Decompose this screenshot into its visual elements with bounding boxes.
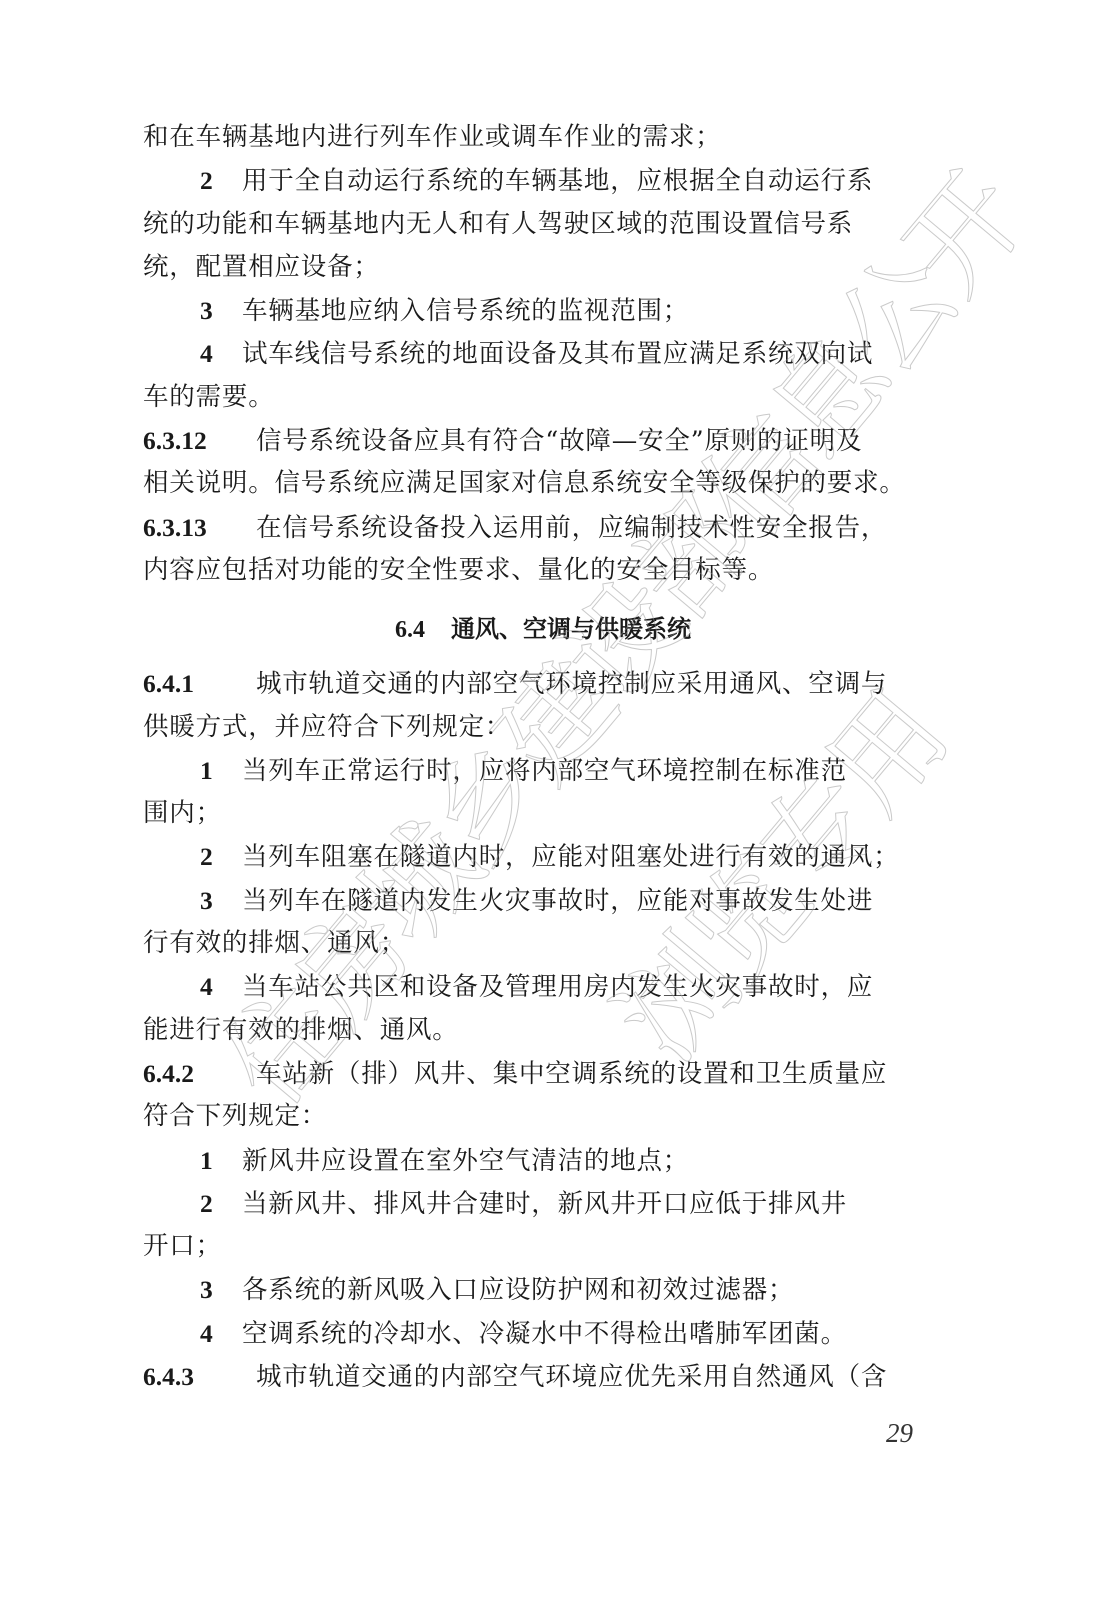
line-text: 当新风井、排风井合建时，新风井开口应低于排风井	[242, 1189, 847, 1219]
list-item: 1当列车正常运行时，应将内部空气环境控制在标准范	[143, 749, 943, 792]
list-number: 4	[200, 332, 242, 375]
page-number: 29	[886, 1418, 913, 1449]
line-text: 统，配置相应设备；	[143, 252, 380, 282]
list-item: 3各系统的新风吸入口应设防护网和初效过滤器；	[143, 1268, 943, 1311]
line-text: 当列车在隧道内发生火灾事故时，应能对事故发生处进	[242, 886, 873, 916]
clause-number: 6.4.3	[143, 1355, 256, 1398]
line-text: 在信号系统设备投入运用前，应编制技术性安全报告，	[256, 513, 887, 543]
line-text: 符合下列规定：	[143, 1101, 327, 1131]
line-text: 新风井应设置在室外空气清洁的地点；	[242, 1146, 689, 1176]
line-text: 信号系统设备应具有符合“故障—安全”原则的证明及	[256, 426, 862, 456]
section-title: 通风、空调与供暖系统	[451, 615, 691, 643]
list-number: 1	[200, 1139, 242, 1182]
list-item: 4试车线信号系统的地面设备及其布置应满足系统双向试	[143, 332, 943, 375]
list-item: 4当车站公共区和设备及管理用房内发生火灾事故时，应	[143, 965, 943, 1008]
line-text: 统的功能和车辆基地内无人和有人驾驶区域的范围设置信号系	[143, 209, 853, 239]
clause-line: 6.4.3城市轨道交通的内部空气环境应优先采用自然通风（含	[143, 1355, 943, 1398]
line-text: 和在车辆基地内进行列车作业或调车作业的需求；	[143, 122, 722, 152]
paragraph-line: 统，配置相应设备；	[143, 246, 943, 289]
clause-number: 6.3.13	[143, 506, 256, 549]
line-text: 城市轨道交通的内部空气环境控制应采用通风、空调与	[256, 669, 887, 699]
paragraph-line: 和在车辆基地内进行列车作业或调车作业的需求；	[143, 116, 943, 159]
line-text: 各系统的新风吸入口应设防护网和初效过滤器；	[242, 1275, 794, 1305]
paragraph-line: 相关说明。信号系统应满足国家对信息系统安全等级保护的要求。	[143, 462, 943, 505]
line-text: 开口；	[143, 1231, 222, 1261]
line-text: 车站新（排）风井、集中空调系统的设置和卫生质量应	[256, 1059, 887, 1089]
line-text: 试车线信号系统的地面设备及其布置应满足系统双向试	[242, 339, 873, 369]
clause-line: 6.3.13在信号系统设备投入运用前，应编制技术性安全报告，	[143, 506, 943, 549]
line-text: 城市轨道交通的内部空气环境应优先采用自然通风（含	[256, 1362, 887, 1392]
line-text: 能进行有效的排烟、通风。	[143, 1015, 459, 1045]
clause-line: 6.4.1城市轨道交通的内部空气环境控制应采用通风、空调与	[143, 662, 943, 705]
paragraph-line: 统的功能和车辆基地内无人和有人驾驶区域的范围设置信号系	[143, 203, 943, 246]
document-page: 和在车辆基地内进行列车作业或调车作业的需求； 2用于全自动运行系统的车辆基地，应…	[0, 0, 1103, 1597]
clause-number: 6.4.2	[143, 1052, 256, 1095]
line-text: 车辆基地应纳入信号系统的监视范围；	[242, 296, 689, 326]
paragraph-line: 行有效的排烟、通风；	[143, 922, 943, 965]
list-number: 2	[200, 1182, 242, 1225]
line-text: 相关说明。信号系统应满足国家对信息系统安全等级保护的要求。	[143, 468, 906, 498]
paragraph-line: 内容应包括对功能的安全性要求、量化的安全目标等。	[143, 549, 943, 592]
list-item: 4空调系统的冷却水、冷凝水中不得检出嗜肺军团菌。	[143, 1312, 943, 1355]
paragraph-line: 供暖方式，并应符合下列规定：	[143, 706, 943, 749]
list-item: 3当列车在隧道内发生火灾事故时，应能对事故发生处进	[143, 879, 943, 922]
list-item: 3车辆基地应纳入信号系统的监视范围；	[143, 289, 943, 332]
list-number: 1	[200, 749, 242, 792]
list-number: 4	[200, 1312, 242, 1355]
line-text: 空调系统的冷却水、冷凝水中不得检出嗜肺军团菌。	[242, 1319, 847, 1349]
line-text: 当车站公共区和设备及管理用房内发生火灾事故时，应	[242, 972, 873, 1002]
list-number: 2	[200, 835, 242, 878]
line-text: 当列车阻塞在隧道内时，应能对阻塞处进行有效的通风；	[242, 842, 900, 872]
clause-number: 6.3.12	[143, 419, 256, 462]
paragraph-line: 车的需要。	[143, 376, 943, 419]
paragraph-line: 开口；	[143, 1225, 943, 1268]
list-number: 2	[200, 159, 242, 202]
line-text: 行有效的排烟、通风；	[143, 928, 406, 958]
clause-line: 6.3.12信号系统设备应具有符合“故障—安全”原则的证明及	[143, 419, 943, 462]
list-item: 2当新风井、排风井合建时，新风井开口应低于排风井	[143, 1182, 943, 1225]
line-text: 围内；	[143, 798, 222, 828]
paragraph-line: 围内；	[143, 792, 943, 835]
list-number: 4	[200, 965, 242, 1008]
list-item: 2用于全自动运行系统的车辆基地，应根据全自动运行系	[143, 159, 943, 202]
paragraph-line: 能进行有效的排烟、通风。	[143, 1009, 943, 1052]
line-text: 内容应包括对功能的安全性要求、量化的安全目标等。	[143, 555, 774, 585]
line-text: 当列车正常运行时，应将内部空气环境控制在标准范	[242, 756, 847, 786]
section-number: 6.4	[395, 617, 425, 643]
body-text: 和在车辆基地内进行列车作业或调车作业的需求； 2用于全自动运行系统的车辆基地，应…	[143, 116, 943, 1398]
section-heading: 6.4通风、空调与供暖系统	[143, 592, 943, 662]
clause-line: 6.4.2车站新（排）风井、集中空调系统的设置和卫生质量应	[143, 1052, 943, 1095]
line-text: 用于全自动运行系统的车辆基地，应根据全自动运行系	[242, 166, 873, 196]
list-item: 2当列车阻塞在隧道内时，应能对阻塞处进行有效的通风；	[143, 835, 943, 878]
line-text: 车的需要。	[143, 382, 275, 412]
list-item: 1新风井应设置在室外空气清洁的地点；	[143, 1139, 943, 1182]
list-number: 3	[200, 879, 242, 922]
clause-number: 6.4.1	[143, 662, 256, 705]
paragraph-line: 符合下列规定：	[143, 1095, 943, 1138]
line-text: 供暖方式，并应符合下列规定：	[143, 712, 511, 742]
list-number: 3	[200, 289, 242, 332]
list-number: 3	[200, 1268, 242, 1311]
